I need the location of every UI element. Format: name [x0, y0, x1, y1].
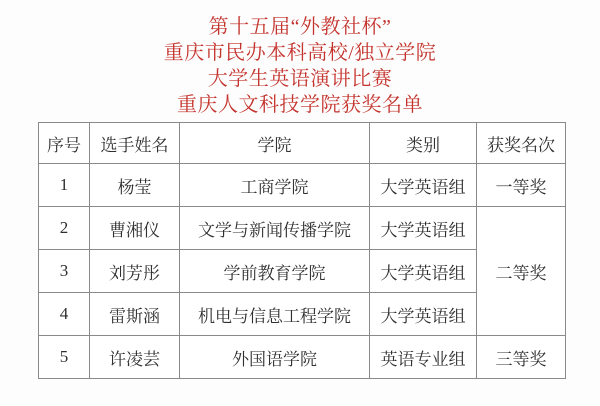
- cell-name: 刘芳彤: [90, 250, 180, 293]
- table-row: 1 杨莹 工商学院 大学英语组 一等奖: [39, 164, 566, 207]
- cell-college: 学前教育学院: [180, 250, 370, 293]
- header-award: 获奖名次: [477, 123, 566, 164]
- title-line-4: 重庆人文科技学院获奖名单: [0, 92, 600, 118]
- document-title: 第十五届“外教社杯” 重庆市民办本科高校/独立学院 大学生英语演讲比赛 重庆人文…: [0, 14, 600, 118]
- header-college: 学院: [180, 123, 370, 164]
- cell-name: 曹湘仪: [90, 207, 180, 250]
- cell-college: 文学与新闻传播学院: [180, 207, 370, 250]
- header-name: 选手姓名: [90, 123, 180, 164]
- title-line-2: 重庆市民办本科高校/独立学院: [0, 40, 600, 66]
- document-page: 第十五届“外教社杯” 重庆市民办本科高校/独立学院 大学生英语演讲比赛 重庆人文…: [0, 0, 600, 406]
- table-header-row: 序号 选手姓名 学院 类别 获奖名次: [39, 123, 566, 164]
- table-row: 5 许凌芸 外国语学院 英语专业组 三等奖: [39, 336, 566, 379]
- cell-category: 大学英语组: [370, 293, 477, 336]
- cell-college: 外国语学院: [180, 336, 370, 379]
- cell-no: 5: [39, 336, 90, 379]
- cell-no: 2: [39, 207, 90, 250]
- header-no: 序号: [39, 123, 90, 164]
- cell-category: 大学英语组: [370, 250, 477, 293]
- cell-no: 3: [39, 250, 90, 293]
- cell-name: 许凌芸: [90, 336, 180, 379]
- cell-award-merged: 二等奖: [477, 207, 566, 336]
- cell-college: 工商学院: [180, 164, 370, 207]
- cell-name: 杨莹: [90, 164, 180, 207]
- cell-award: 一等奖: [477, 164, 566, 207]
- title-line-3: 大学生英语演讲比赛: [0, 66, 600, 92]
- cell-award: 三等奖: [477, 336, 566, 379]
- cell-no: 1: [39, 164, 90, 207]
- table-row: 2 曹湘仪 文学与新闻传播学院 大学英语组 二等奖: [39, 207, 566, 250]
- cell-name: 雷斯涵: [90, 293, 180, 336]
- title-line-1: 第十五届“外教社杯”: [0, 14, 600, 40]
- cell-category: 大学英语组: [370, 207, 477, 250]
- cell-category: 大学英语组: [370, 164, 477, 207]
- cell-category: 英语专业组: [370, 336, 477, 379]
- cell-no: 4: [39, 293, 90, 336]
- header-category: 类别: [370, 123, 477, 164]
- award-results-table: 序号 选手姓名 学院 类别 获奖名次 1 杨莹 工商学院 大学英语组 一等奖 2…: [38, 122, 566, 379]
- cell-college: 机电与信息工程学院: [180, 293, 370, 336]
